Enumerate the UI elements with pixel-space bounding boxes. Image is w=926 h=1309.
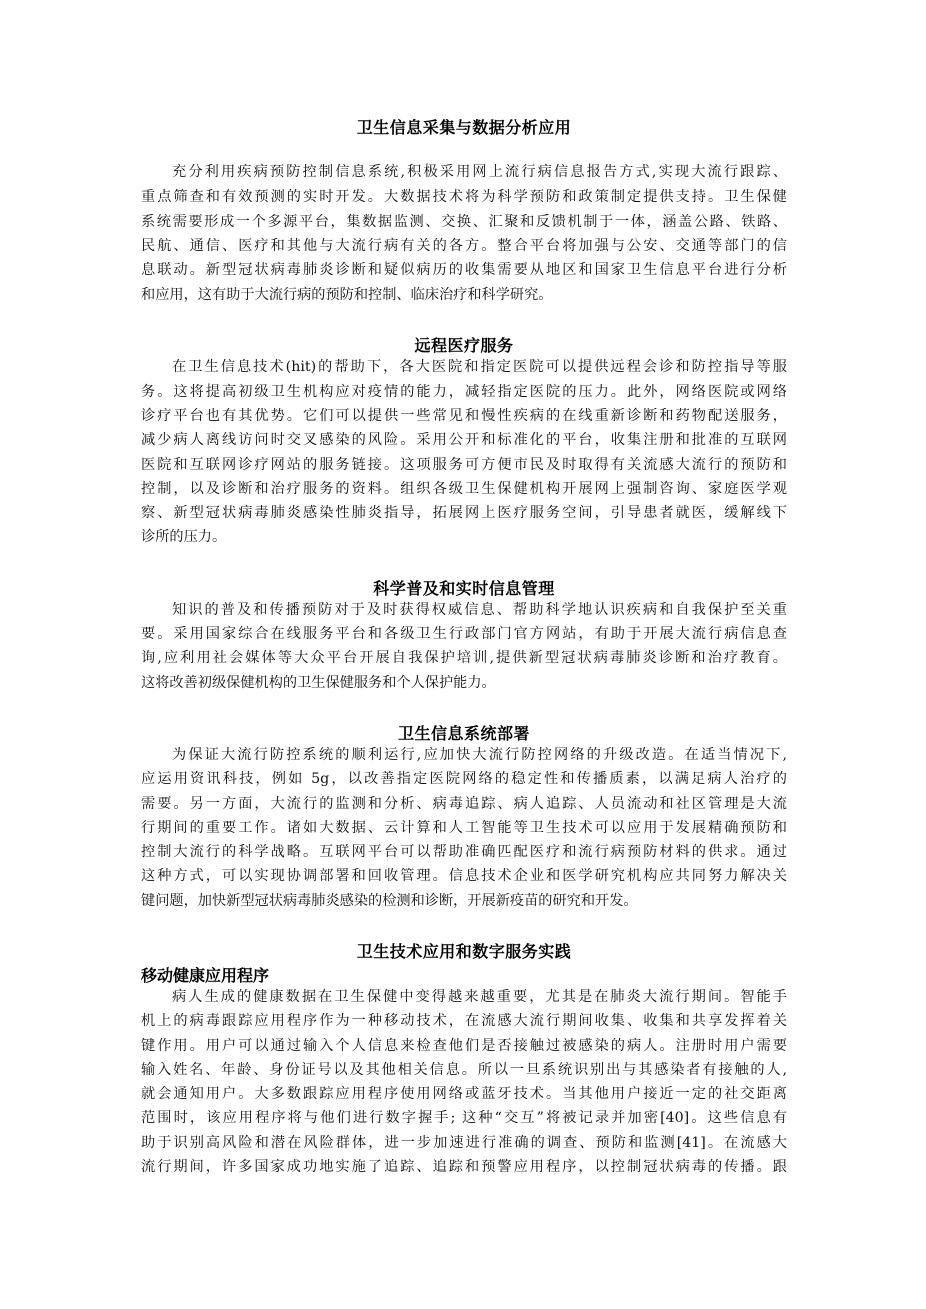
paragraph-line: 息联动。新型冠状病毒肺炎诊断和疑似病历的收集需要从地区和国家卫生信息平台进行分析 — [141, 258, 787, 282]
paragraph-line: 询,应利用社会媒体等大众平台开展自我保护培训,提供新型冠状病毒肺炎诊断和治疗教育… — [141, 646, 787, 670]
section-title: 科学普及和实时信息管理 — [141, 576, 787, 599]
paragraph-line: 诊疗平台也有其优势。它们可以提供一些常见和慢性疾病的在线重新诊断和药物配送服务， — [141, 404, 787, 428]
paragraph-line: 和应用，这有助于大流行病的预防和控制、临床治疗和科学研究。 — [141, 283, 787, 307]
section-title: 远程医疗服务 — [141, 333, 787, 356]
paragraph-line: 民航、通信、医疗和其他与大流行病有关的各方。整合平台将加强与公安、交通等部门的信 — [141, 234, 787, 258]
paragraph-line: 知识的普及和传播预防对于及时获得权威信息、帮助科学地认识疾病和自我保护至关重 — [141, 598, 787, 622]
paragraph-line: 要。采用国家综合在线服务平台和各级卫生行政部门官方网站，有助于开展大流行病信息查 — [141, 622, 787, 646]
paragraph-line: 医院和互联网诊疗网站的服务链接。这项服务可方便市民及时取得有关流感大流行的预防和 — [141, 453, 787, 477]
subsection-title: 移动健康应用程序 — [141, 963, 269, 986]
paragraph-line: 系统需要形成一个多源平台，集数据监测、交换、汇聚和反馈机制于一体，涵盖公路、铁路… — [141, 210, 787, 234]
paragraph-line: 这将改善初级保健机构的卫生保健服务和个人保护能力。 — [141, 671, 787, 695]
paragraph-line: 需要。另一方面，大流行的监测和分析、病毒追踪、病人追踪、人员流动和社区管理是大流 — [141, 792, 787, 816]
paragraph-line: 减少病人离线访问时交叉感染的风险。采用公开和标准化的平台，收集注册和批准的互联网 — [141, 428, 787, 452]
paragraph-line: 助于识别高风险和潜在风险群体，进一步加速进行准确的调查、预防和监测[41]。在流… — [141, 1131, 787, 1155]
paragraph-line: 诊所的压力。 — [141, 525, 787, 549]
paragraph-line: 充分利用疾病预防控制信息系统,积极采用网上流行病信息报告方式,实现大流行跟踪、 — [141, 160, 787, 184]
paragraph-line: 流行期间，许多国家成功地实施了追踪、追踪和预警应用程序，以控制冠状病毒的传播。跟 — [141, 1155, 787, 1179]
section-title: 卫生信息采集与数据分析应用 — [141, 115, 787, 138]
paragraph-line: 察、新型冠状病毒肺炎感染性肺炎指导，拓展网上医疗服务空间，引导患者就医，缓解线下 — [141, 501, 787, 525]
section-title: 卫生技术应用和数字服务实践 — [141, 939, 787, 962]
section-title: 卫生信息系统部署 — [141, 721, 787, 744]
paragraph-line: 输入姓名、年龄、身份证号以及其他相关信息。所以一旦系统识别出与其感染者有接触的人… — [141, 1058, 787, 1082]
paragraph-line: 行期间的重要工作。诸如大数据、云计算和人工智能等卫生技术可以应用于发展精确预防和 — [141, 816, 787, 840]
paragraph-line: 键作用。用户可以通过输入个人信息来检查他们是否接触过被感染的病人。注册时用户需要 — [141, 1034, 787, 1058]
paragraph-line: 病人生成的健康数据在卫生保健中变得越来越重要，尤其是在肺炎大流行期间。智能手 — [141, 985, 787, 1009]
paragraph-line: 在卫生信息技术(hit)的帮助下，各大医院和指定医院可以提供远程会诊和防控指导等… — [141, 355, 787, 379]
paragraph-line: 控制，以及诊断和治疗服务的资料。组织各级卫生保健机构开展网上强制咨询、家庭医学观 — [141, 477, 787, 501]
paragraph-line: 应运用资讯科技，例如 5g，以改善指定医院网络的稳定性和传播质素，以满足病人治疗… — [141, 767, 787, 791]
paragraph-line: 为保证大流行防控系统的顺利运行,应加快大流行防控网络的升级改造。在适当情况下, — [141, 743, 787, 767]
paragraph-line: 范围时，该应用程序将与他们进行数字握手; 这种“交互”将被记录并加密[40]。这… — [141, 1106, 787, 1130]
paragraph-line: 键问题，加快新型冠状病毒肺炎感染的检测和诊断，开展新疫苗的研究和开发。 — [141, 889, 787, 913]
paragraph-line: 这种方式，可以实现协调部署和回收管理。信息技术企业和医学研究机构应共同努力解决关 — [141, 864, 787, 888]
paragraph-line: 就会通知用户。大多数跟踪应用程序使用网络或蓝牙技术。当其他用户接近一定的社交距离 — [141, 1082, 787, 1106]
paragraph-line: 重点筛查和有效预测的实时开发。大数据技术将为科学预防和政策制定提供支持。卫生保健 — [141, 185, 787, 209]
paragraph-line: 机上的病毒跟踪应用程序作为一种移动技术，在流感大流行期间收集、收集和共享发挥着关 — [141, 1009, 787, 1033]
paragraph-line: 控制大流行的科学战略。互联网平台可以帮助准确匹配医疗和流行病预防材料的供求。通过 — [141, 840, 787, 864]
paragraph-line: 务。这将提高初级卫生机构应对疫情的能力，减轻指定医院的压力。此外，网络医院或网络 — [141, 380, 787, 404]
